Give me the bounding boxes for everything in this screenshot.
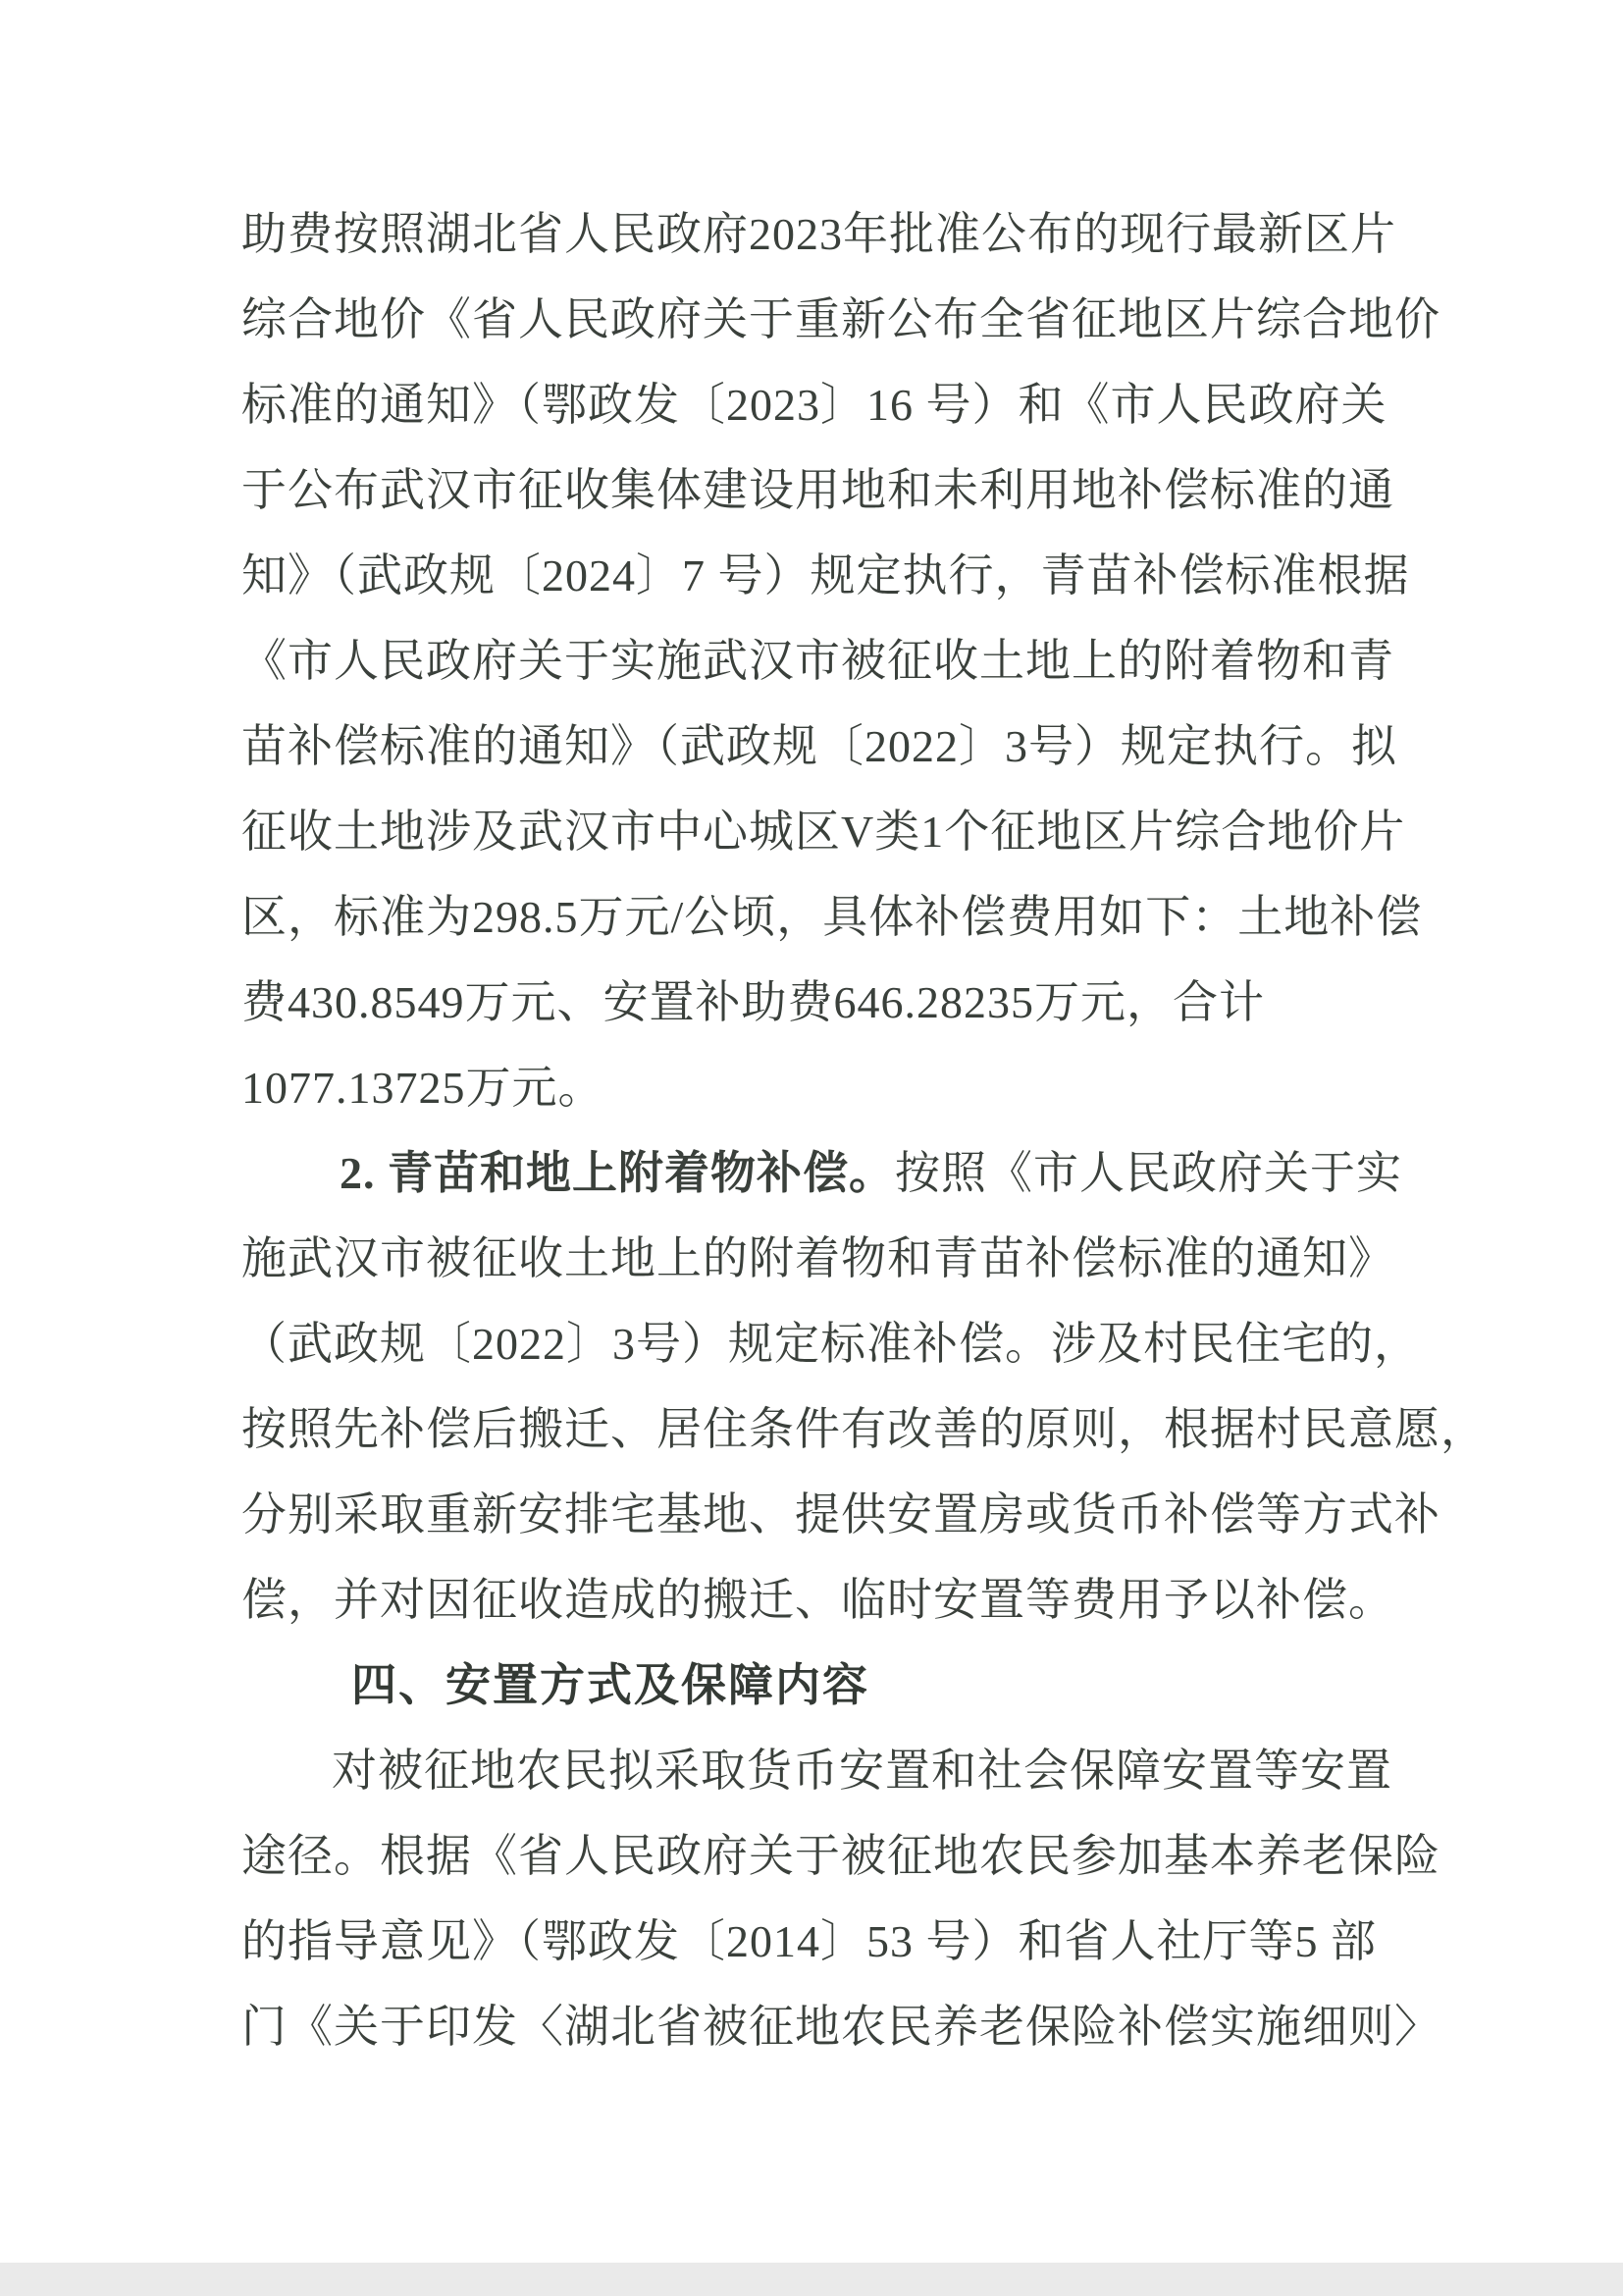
para1-line-7: 苗补偿标准的通知》（武政规〔2022〕3号）规定执行。拟: [241, 704, 1370, 789]
para1-line-11: 1077.13725万元。: [241, 1045, 1370, 1130]
section-heading-4: 四、安置方式及保障内容: [241, 1643, 1370, 1728]
para3-line-2: 途径。根据《省人民政府关于被征地农民参加基本养老保险: [241, 1813, 1370, 1899]
para1-line-9: 区，标准为298.5万元/公顷，具体补偿费用如下：土地补偿: [241, 874, 1370, 960]
para1-line-4: 于公布武汉市征收集体建设用地和未利用地补偿标准的通: [241, 447, 1370, 533]
para1-line-8: 征收土地涉及武汉市中心城区V类1个征地区片综合地价片: [241, 789, 1370, 874]
para2-line-4: 按照先补偿后搬迁、居住条件有改善的原则，根据村民意愿，: [241, 1386, 1370, 1472]
para2-lead-bold: 2. 青苗和地上附着物补偿。: [340, 1148, 895, 1198]
para3-first-line: 对被征地农民拟采取货币安置和社会保障安置等安置: [241, 1728, 1370, 1813]
para3-line-3: 的指导意见》（鄂政发〔2014〕53 号）和省人社厅等5 部: [241, 1899, 1370, 1984]
para2-line-6: 偿，并对因征收造成的搬迁、临时安置等费用予以补偿。: [241, 1557, 1370, 1643]
scanned-document-page: 助费按照湖北省人民政府2023年批准公布的现行最新区片 综合地价《省人民政府关于…: [0, 0, 1623, 2296]
para2-lead-rest: 按照《市人民政府关于实: [895, 1148, 1402, 1198]
para1-line-5: 知》（武政规〔2024〕7 号）规定执行，青苗补偿标准根据: [241, 533, 1370, 618]
page-bottom-scan-edge: [0, 2263, 1623, 2296]
para1-line-3: 标准的通知》（鄂政发〔2023〕16 号）和《市人民政府关: [241, 362, 1370, 447]
para1-line-2: 综合地价《省人民政府关于重新公布全省征地区片综合地价: [241, 277, 1370, 362]
para1-line-10: 费430.8549万元、安置补助费646.28235万元，合计: [241, 960, 1370, 1045]
para2-line-2: 施武汉市被征收土地上的附着物和青苗补偿标准的通知》: [241, 1216, 1370, 1301]
para2-line-5: 分别采取重新安排宅基地、提供安置房或货币补偿等方式补: [241, 1472, 1370, 1557]
document-body: 助费按照湖北省人民政府2023年批准公布的现行最新区片 综合地价《省人民政府关于…: [241, 191, 1370, 2069]
para3-line-4: 门《关于印发〈湖北省被征地农民养老保险补偿实施细则〉: [241, 1984, 1370, 2069]
para2-line-3: （武政规〔2022〕3号）规定标准补偿。涉及村民住宅的，: [241, 1301, 1370, 1386]
para1-line-1: 助费按照湖北省人民政府2023年批准公布的现行最新区片: [241, 191, 1370, 277]
para1-line-6: 《市人民政府关于实施武汉市被征收土地上的附着物和青: [241, 618, 1370, 704]
para2-first-line: 2. 青苗和地上附着物补偿。按照《市人民政府关于实: [241, 1130, 1370, 1216]
